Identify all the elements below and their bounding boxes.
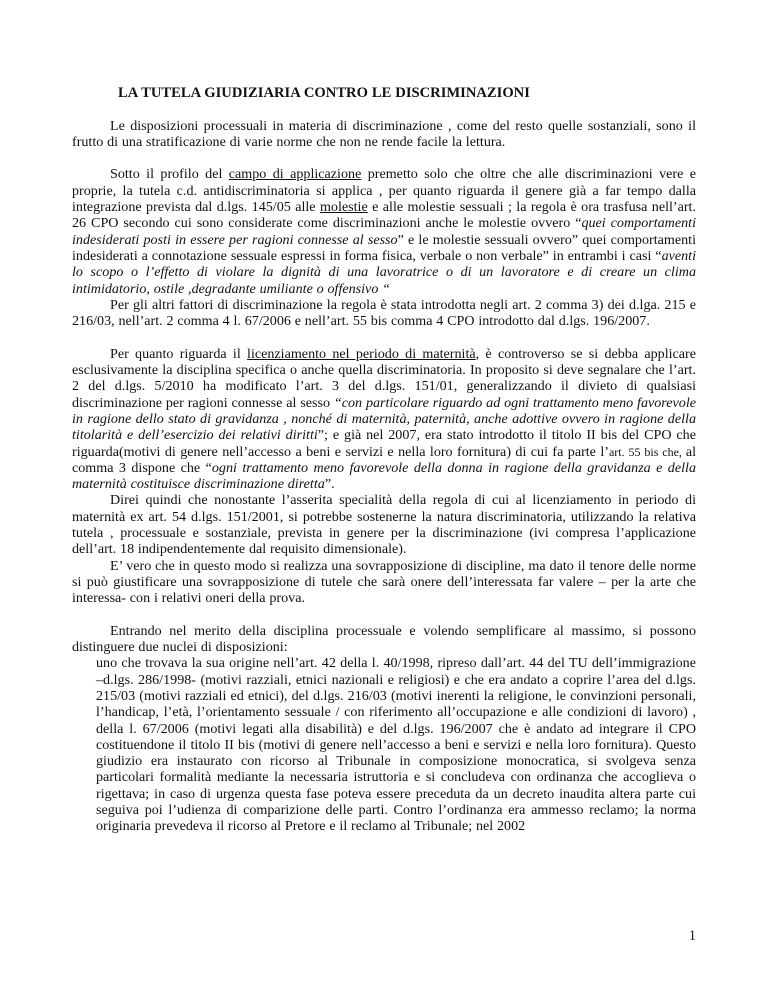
text-run: campo di applicazione [229, 166, 362, 182]
text-run: art. 55 bis che, [609, 445, 686, 459]
paragraph: E’ vero che in questo modo si realizza u… [72, 558, 696, 607]
page-number: 1 [689, 927, 696, 945]
paragraph: Per gli altri fattori di discriminazione… [72, 297, 696, 330]
text-run: molestie [320, 199, 368, 215]
text-run: ”. [325, 476, 335, 492]
text-run: licenziamento nel periodo di maternità [247, 346, 476, 362]
text-run: Per gli altri fattori di discriminazione… [72, 297, 696, 329]
paragraph: Entrando nel merito della disciplina pro… [72, 623, 696, 656]
text-run: uno che trovava la sua origine nell’art.… [96, 655, 696, 834]
text-run: Direi quindi che nonostante l’asserita s… [72, 492, 696, 557]
paragraph: Per quanto riguarda il licenziamento nel… [72, 346, 696, 493]
text-run: E’ vero che in questo modo si realizza u… [72, 558, 696, 607]
document-page: LA TUTELA GIUDIZIARIA CONTRO LE DISCRIMI… [0, 0, 768, 994]
text-run: Entrando nel merito della disciplina pro… [72, 623, 696, 655]
paragraph: Le disposizioni processuali in materia d… [72, 118, 696, 151]
text-run: Sotto il profilo del [110, 166, 229, 182]
text-run: Per quanto riguarda il [110, 346, 247, 362]
document-body: LA TUTELA GIUDIZIARIA CONTRO LE DISCRIMI… [72, 85, 696, 835]
paragraph: Direi quindi che nonostante l’asserita s… [72, 492, 696, 557]
text-run: Le disposizioni processuali in materia d… [72, 118, 696, 150]
paragraph: Sotto il profilo del campo di applicazio… [72, 166, 696, 296]
paragraph: uno che trovava la sua origine nell’art.… [96, 655, 696, 834]
paragraph-container: Le disposizioni processuali in materia d… [72, 118, 696, 835]
document-title: LA TUTELA GIUDIZIARIA CONTRO LE DISCRIMI… [72, 85, 696, 101]
